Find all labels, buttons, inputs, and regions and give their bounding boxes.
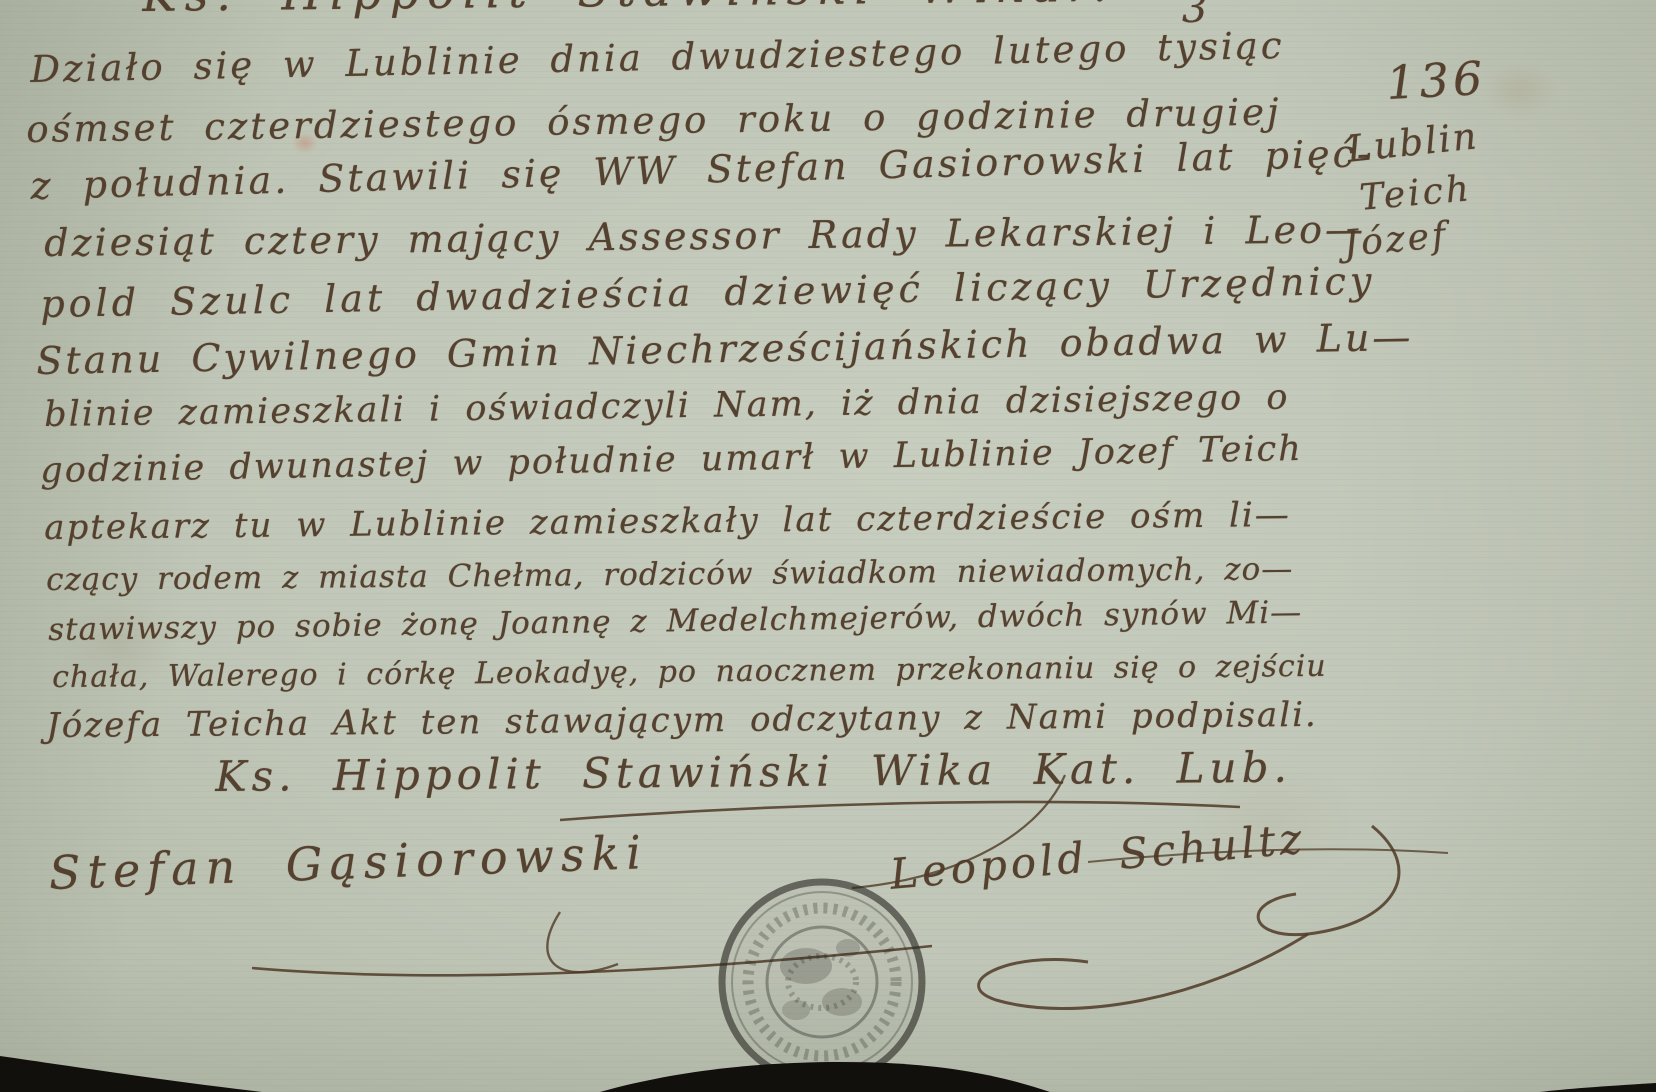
body-line: blinie zamieszkali i oświadczyli Nam, iż… [44,378,1290,435]
leopold-flourish-tail [979,934,1308,1009]
closing-flourish [560,802,1240,820]
stefan-signature-loop [547,912,618,972]
page-bottom-edge-right [1540,1083,1656,1092]
body-line: Stanu Cywilnego Gmin Niechrześcijańskich… [36,315,1414,383]
body-line: Józefa Teicha Akt ten stawającym odczyta… [46,695,1318,746]
document-page: Ks. Hippolit Stawiński Wikar. 3 Działo s… [0,0,1656,1092]
paper-stain [1480,60,1560,120]
body-line: aptekarz tu w Lublinie zamieszkały lat c… [44,495,1291,548]
stefan-signature-flourish [252,946,932,975]
body-line: stawiwszy po sobie żonę Joannę z Medelch… [48,594,1302,648]
signature-leopold-schultz: Leopold Schultz [888,814,1307,899]
header-line: Ks. Hippolit Stawiński Wikar. [142,0,1116,22]
closing-line: Ks. Hippolit Stawiński Wika Kat. Lub. [215,743,1292,801]
margin-place: Lublin [1345,114,1480,171]
margin-surname: Teich [1358,168,1474,219]
ink-stamp [722,882,922,1082]
margin-act-number: 136 [1385,51,1488,110]
body-line: pold Szulc lat dwadzieścia dziewięć licz… [40,259,1376,326]
body-line: dziesiąt cztery mający Assessor Rady Lek… [44,207,1366,265]
signature-stefan-gasiorowski: Stefan Gąsiorowski [48,825,649,900]
body-line: chała, Walerego i córkę Leokadyę, po nao… [52,649,1327,695]
body-line: czący rodem z miasta Chełma, rodziców św… [46,551,1293,598]
body-line: godzinie dwunastej w południe umarł w Lu… [40,429,1303,491]
page-bottom-edge-left [0,1056,262,1092]
page-bottom-edge-center [600,1062,1050,1092]
margin-given-name: Józef [1342,215,1450,265]
body-line: Działo się w Lublinie dnia dwudziestego … [30,24,1285,91]
